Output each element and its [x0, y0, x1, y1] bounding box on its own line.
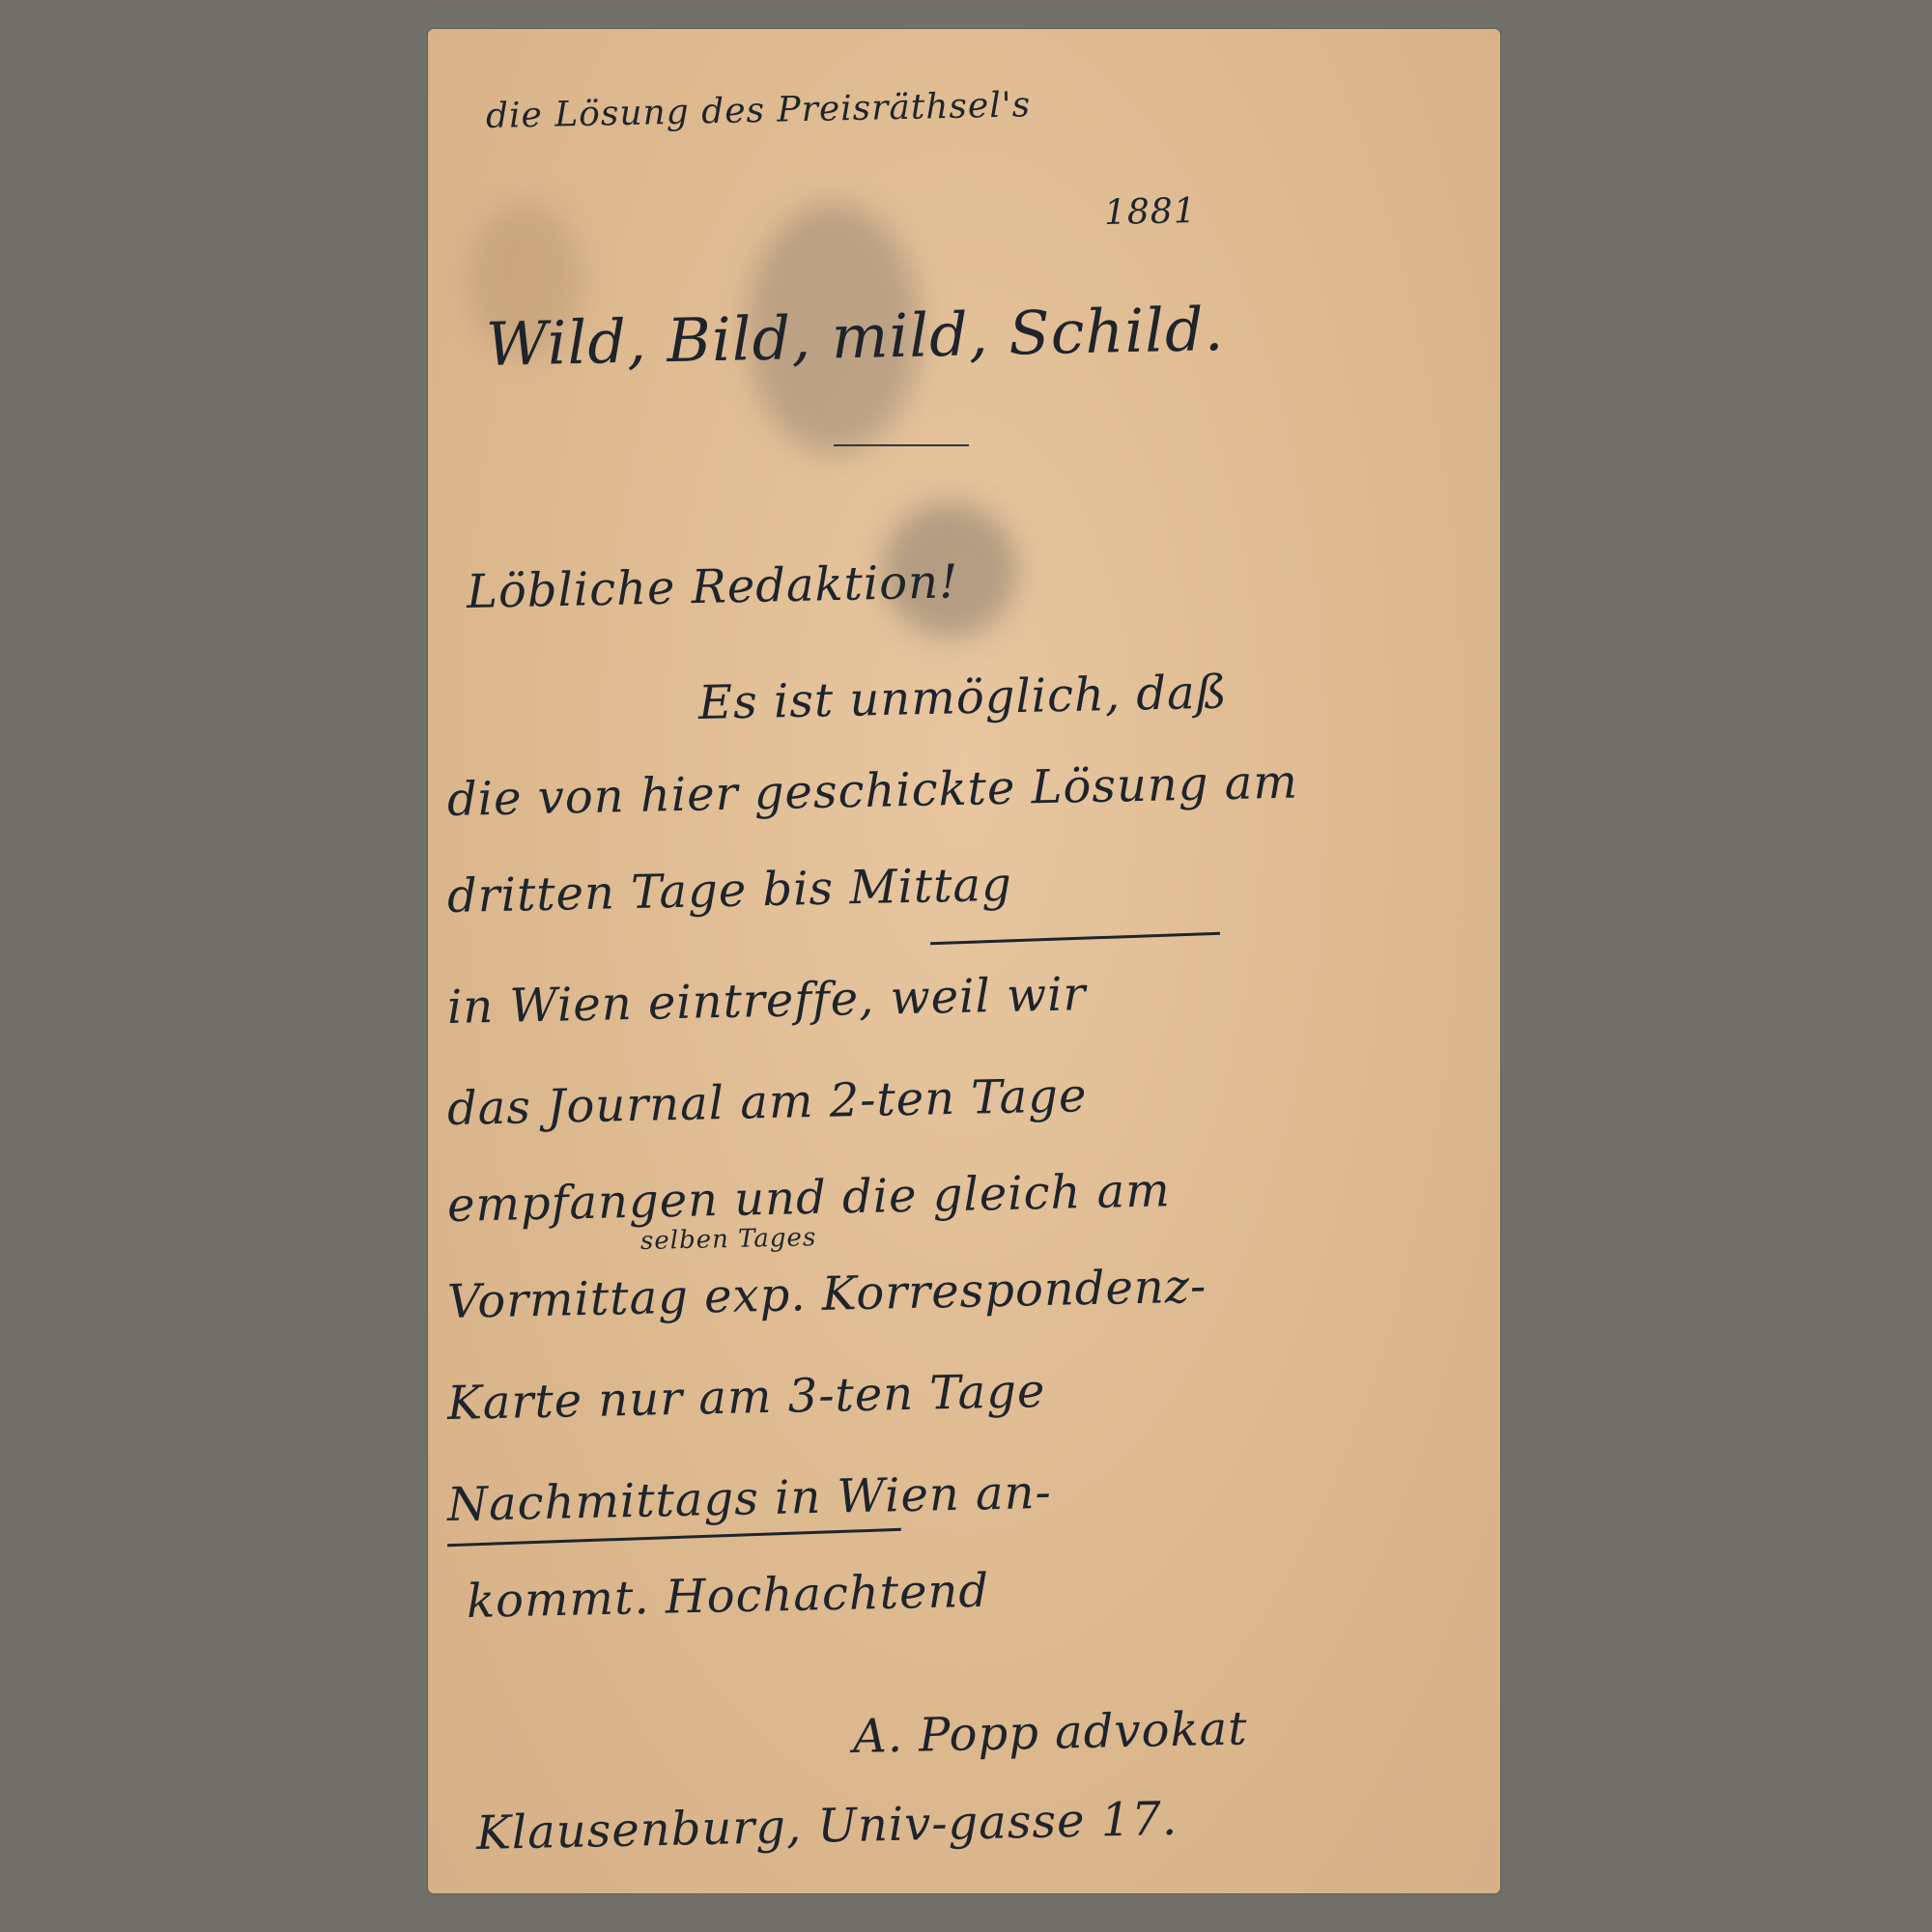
separator-rule — [834, 444, 969, 446]
body-line: die von hier geschickte Lösung am — [446, 755, 1298, 827]
heading-line: die Lösung des Preisräthsel's — [486, 85, 1032, 136]
address: Klausenburg, Univ-gasse 17. — [475, 1792, 1178, 1861]
postcard: die Lösung des Preisräthsel's 1881 Wild,… — [428, 29, 1500, 1893]
body-line: Es ist unmöglich, daß — [697, 666, 1228, 730]
body-line: das Journal am 2-ten Tage — [446, 1068, 1087, 1136]
body-line: Nachmittags in Wien an- — [446, 1465, 1052, 1532]
body-line: Karte nur am 3-ten Tage — [446, 1364, 1046, 1431]
body-line: dritten Tage bis Mittag — [446, 858, 1012, 923]
underline-mittag — [930, 932, 1220, 945]
heading-year: 1881 — [1104, 191, 1197, 233]
answer-line: Wild, Bild, mild, Schild. — [485, 294, 1225, 380]
body-line: kommt. Hochachtend — [466, 1564, 989, 1629]
interlinear-note: selben Tages — [640, 1223, 817, 1256]
signature: A. Popp advokat — [852, 1701, 1248, 1764]
salutation: Löbliche Redaktion! — [466, 554, 958, 619]
body-line: in Wien eintreffe, weil wir — [446, 967, 1087, 1035]
underline-nachmittags — [447, 1528, 901, 1547]
body-line: Vormittag exp. Korrespondenz- — [446, 1260, 1207, 1329]
body-line: empfangen und die gleich am — [446, 1163, 1171, 1233]
